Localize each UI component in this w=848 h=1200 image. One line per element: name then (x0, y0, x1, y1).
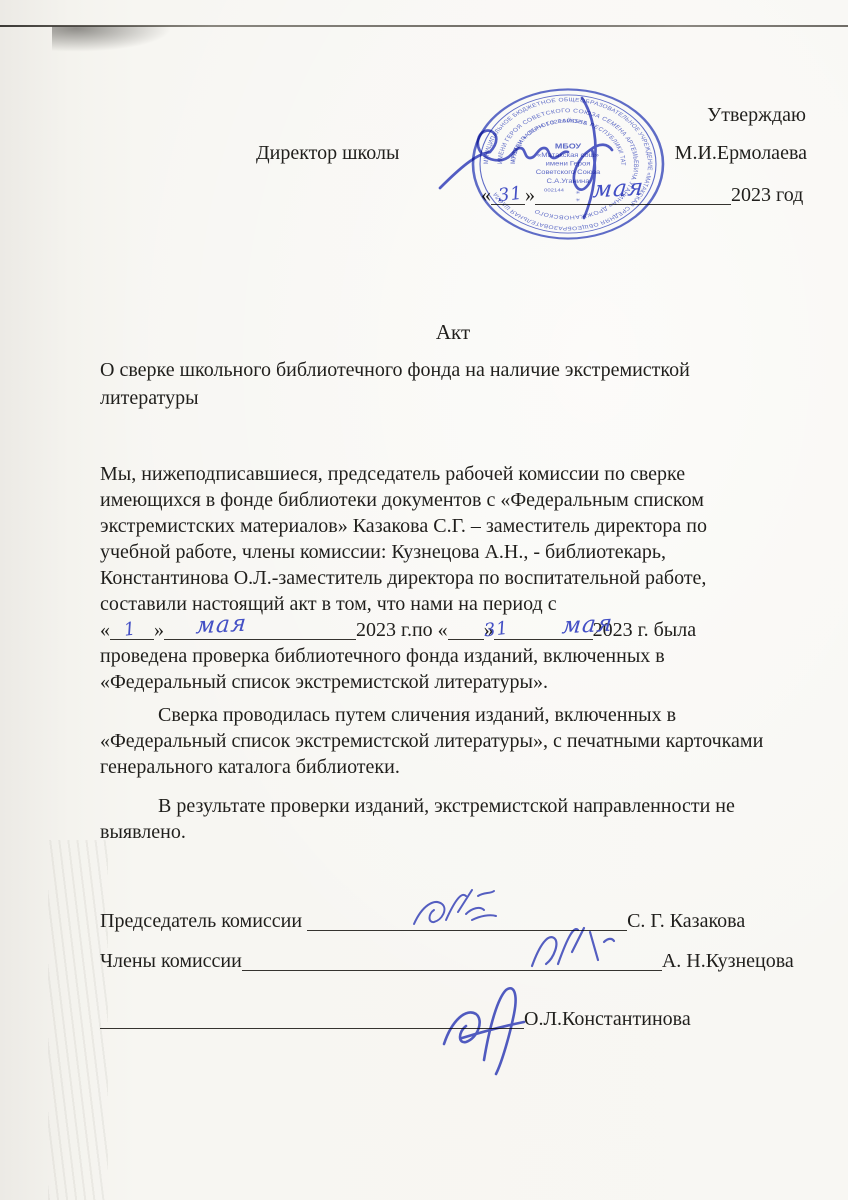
text-line: учебной работе, члены комиссии: Кузнецов… (100, 539, 820, 565)
period-date-line: «»2023 г.по «»2023 г. была 1 мая 31 мая (100, 617, 820, 643)
quote-open: « (100, 619, 110, 641)
month-from-blank (164, 619, 356, 640)
approve-label: Утверждаю (707, 102, 806, 128)
text-line: Константинова О.Л.-заместитель директора… (100, 565, 820, 591)
text-line: «Федеральный список экстремистской литер… (100, 728, 820, 754)
approver-name: М.И.Ермолаева (675, 140, 807, 166)
scan-artifact-smudge (52, 26, 172, 52)
member2-name: О.Л.Константинова (524, 1008, 691, 1030)
body-paragraph-3: В результате проверки изданий, экстремис… (100, 793, 820, 845)
chair-signature-ink (408, 884, 508, 938)
members-label: Члены комиссии (100, 950, 242, 972)
text-line: Сверка проводилась путем сличения издани… (100, 702, 820, 728)
day-to-blank (448, 619, 484, 640)
text-line: имеющихся в фонде библиотеки документов … (100, 487, 820, 513)
member1-signature-ink (524, 916, 620, 978)
handwritten-month-from: мая (195, 611, 248, 640)
text-line: выявлено. (100, 819, 820, 845)
member1-name: А. Н.Кузнецова (662, 950, 794, 972)
text-line: «Федеральный список экстремистской литер… (100, 669, 820, 695)
signature-row-member2: О.Л.Константинова (100, 1004, 691, 1034)
text-line: Мы, нижеподписавшиеся, председатель рабо… (100, 461, 820, 487)
document-subtitle-line1: О сверке школьного библиотечного фонда н… (100, 357, 690, 383)
scan-edge-texture (48, 840, 108, 1200)
director-signature-ink (436, 90, 636, 240)
scanned-document-page: Директор школы Утверждаю М.И.Ермолаева «… (0, 0, 848, 1200)
handwritten-month-to: мая (561, 611, 614, 640)
text-line: проведена проверка библиотечного фонда и… (100, 643, 820, 669)
year-suffix: 2023 год (731, 184, 803, 206)
signature-row-member1: Члены комиссииА. Н.Кузнецова (100, 946, 794, 976)
document-title: Акт (100, 320, 806, 345)
chair-label: Председатель комиссии (100, 910, 302, 932)
handwritten-day-to: 31 (483, 616, 511, 645)
chair-name: С. Г. Казакова (627, 910, 745, 932)
text-line: генерального каталога библиотеки. (100, 754, 820, 780)
text-line: В результате проверки изданий, экстремис… (100, 793, 820, 819)
member2-signature-ink (432, 976, 542, 1076)
document-subtitle-line2: литературы (100, 385, 199, 411)
director-label: Директор школы (256, 140, 399, 166)
body-paragraph-2: Сверка проводилась путем сличения издани… (100, 702, 820, 780)
period-mid-text: 2023 г.по « (356, 619, 448, 641)
text-line: экстремистских материалов» Казакова С.Г.… (100, 513, 820, 539)
body-paragraph-1: Мы, нижеподписавшиеся, председатель рабо… (100, 461, 820, 695)
quote-close: » (154, 619, 164, 641)
